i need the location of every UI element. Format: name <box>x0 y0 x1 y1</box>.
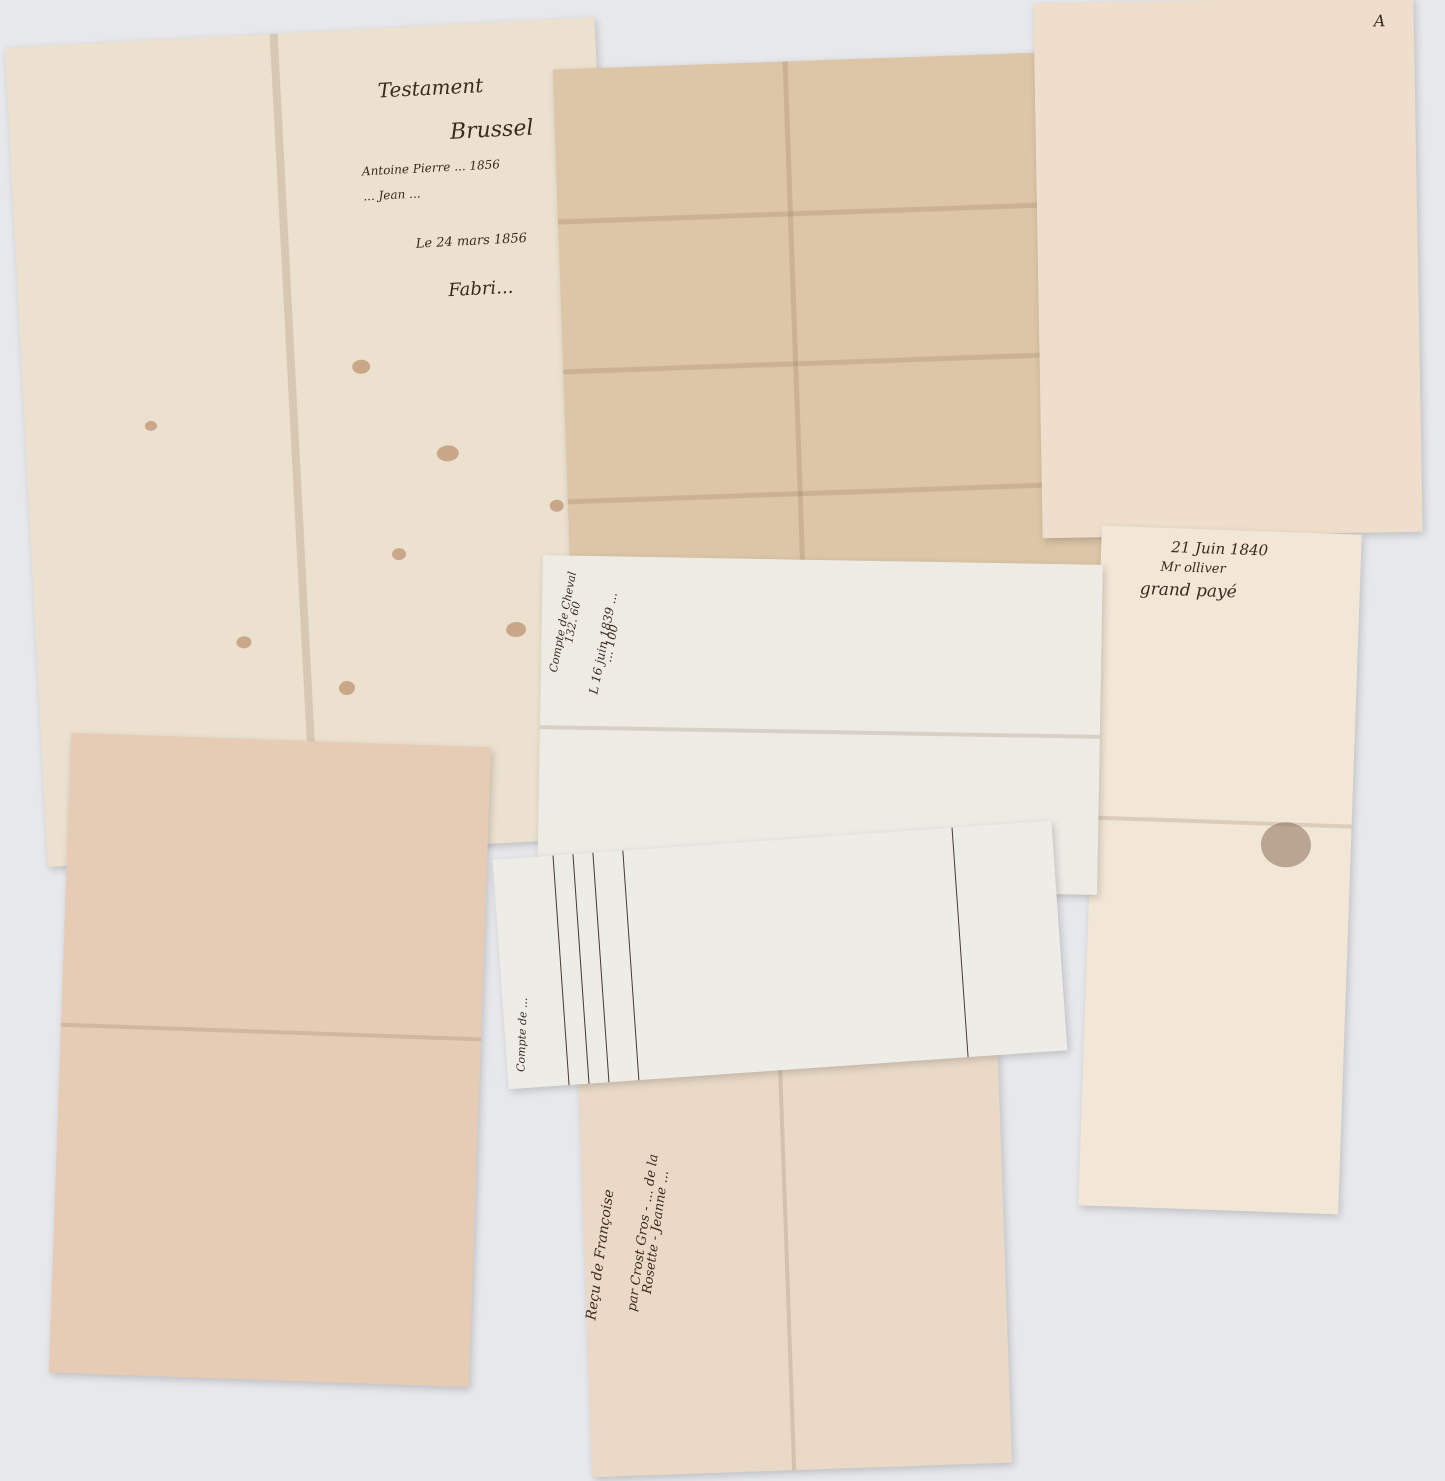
foxing-spot <box>392 548 407 561</box>
fold-line <box>778 1060 796 1470</box>
handwriting-line: Testament <box>377 73 484 102</box>
fold-line <box>270 34 321 853</box>
fold-line <box>61 1023 481 1042</box>
foxing-spot <box>352 359 371 374</box>
fold-line <box>563 351 1103 375</box>
fold-line <box>1092 815 1352 828</box>
handwriting-line: Reçu de Françoise <box>583 1188 617 1321</box>
handwriting-line: Antoine Pierre ... 1856 <box>362 157 501 178</box>
handwriting-line: grand payé <box>1139 579 1237 602</box>
document-narrow-receipt: 21 Juin 1840 Mr olliver grand payé <box>1078 526 1362 1215</box>
handwriting-line: Fabri... <box>448 277 514 301</box>
handwriting-line: Compte de ... <box>514 997 530 1072</box>
ruled-line <box>622 851 639 1081</box>
fold-line <box>558 201 1098 225</box>
fold-line <box>540 725 1100 739</box>
foxing-spot <box>145 421 158 432</box>
document-signed-letter: Reçu de Françoise par Crost Gros - ... d… <box>578 1053 1012 1477</box>
ruled-line <box>952 828 969 1058</box>
document-ruled-ledger: Compte de ... <box>493 821 1068 1090</box>
wax-seal <box>1260 821 1312 868</box>
foxing-spot <box>236 636 252 649</box>
handwriting-line: Brussel <box>449 115 534 144</box>
handwriting-line: ... Jean ... <box>363 186 421 203</box>
handwriting-line: Mr olliver <box>1160 560 1226 577</box>
handwriting-line: 21 Juin 1840 <box>1171 538 1269 559</box>
foxing-spot <box>549 499 564 512</box>
corner-mark: A <box>1374 11 1386 30</box>
document-folded-printed-sheet <box>553 51 1112 610</box>
foxing-spot <box>506 622 527 638</box>
document-blank-sheet: A <box>1033 0 1422 538</box>
foxing-spot <box>436 445 459 462</box>
ruled-line <box>553 856 570 1086</box>
fold-line <box>568 480 1108 504</box>
fold-line <box>783 61 807 601</box>
foxing-spot <box>339 681 356 696</box>
document-pink-sheet <box>49 733 491 1387</box>
handwriting-line: Le 24 mars 1856 <box>415 231 527 252</box>
ruled-line <box>592 853 609 1083</box>
ruled-line <box>572 854 589 1084</box>
